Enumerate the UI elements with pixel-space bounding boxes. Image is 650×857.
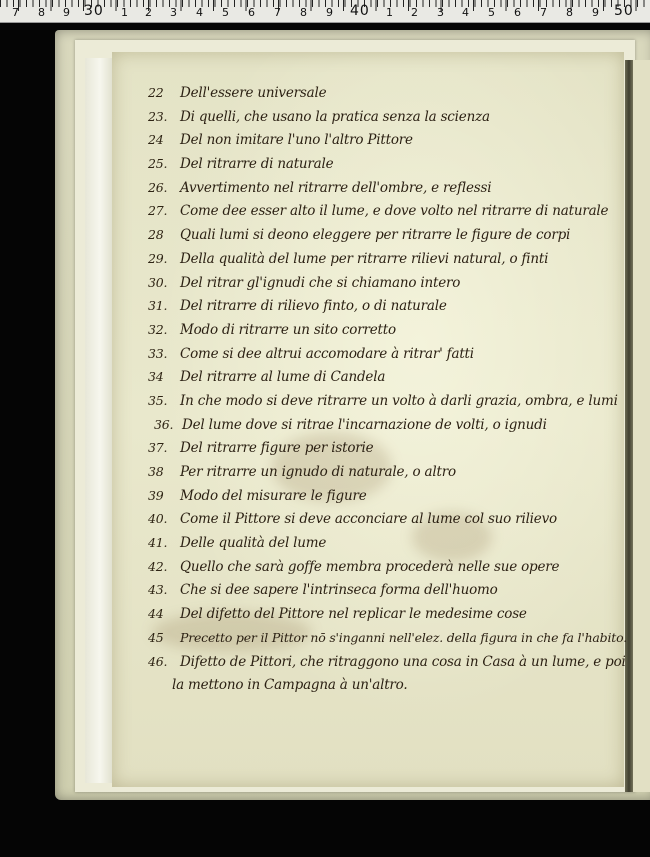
toc-entry: 37.Del ritrarre figure per istorie xyxy=(148,440,628,464)
entry-text: Dell'essere universale xyxy=(180,85,326,101)
ruler-label: 4 xyxy=(196,7,203,19)
entry-text: la mettono in Campagna à un'altro. xyxy=(172,677,407,693)
entry-number: 22 xyxy=(148,85,180,100)
ruler-label: 7 xyxy=(12,7,19,19)
entry-number: 28 xyxy=(148,227,180,242)
toc-entry: 27.Come dee esser alto il lume, e dove v… xyxy=(148,203,628,227)
toc-entry: 28Quali lumi si deono eleggere per ritra… xyxy=(148,227,628,251)
entry-number: 46. xyxy=(148,654,180,669)
ruler-label: 8 xyxy=(300,7,307,19)
toc-entry: 44Del difetto del Pittore nel replicar l… xyxy=(148,606,628,630)
entry-number: 41. xyxy=(148,535,180,550)
entry-text: Modo di ritrarre un sito corretto xyxy=(180,322,396,338)
ruler-label: 6 xyxy=(248,7,255,19)
entry-text: Modo del misurare le figure xyxy=(180,488,367,504)
toc-entry: 38Per ritrarre un ignudo di naturale, o … xyxy=(148,464,628,488)
entry-text: Avvertimento nel ritrarre dell'ombre, e … xyxy=(180,180,491,196)
ruler-label: 30 xyxy=(84,5,104,17)
entry-text: Per ritrarre un ignudo di naturale, o al… xyxy=(180,464,456,480)
toc-entry: 40.Come il Pittore si deve acconciare al… xyxy=(148,511,628,535)
entry-number: 27. xyxy=(148,203,180,218)
entry-text: Del ritrarre al lume di Candela xyxy=(180,369,385,385)
entry-number: 44 xyxy=(148,606,180,621)
entry-number: 45 xyxy=(148,630,180,645)
entry-text: Del ritrar gl'ignudi che si chiamano int… xyxy=(180,275,460,291)
toc-entry: 32.Modo di ritrarre un sito corretto xyxy=(148,322,628,346)
ruler-label: 8 xyxy=(566,7,573,19)
toc-entry: 33.Come si dee altrui accomodare à ritra… xyxy=(148,346,628,370)
ruler-label: 3 xyxy=(170,7,177,19)
entry-text: Del non imitare l'uno l'altro Pittore xyxy=(180,132,413,148)
entry-text: Precetto per il Pittor nō s'inganni nell… xyxy=(180,630,627,645)
entry-number: 36. xyxy=(148,417,182,432)
entry-text: Della qualità del lume per ritrarre rili… xyxy=(180,251,548,267)
toc-entry: 42.Quello che sarà goffe membra proceder… xyxy=(148,559,628,583)
ruler-label: 7 xyxy=(274,7,281,19)
entry-number: 25. xyxy=(148,156,180,171)
ruler-label: 6 xyxy=(514,7,521,19)
toc-entry: 22Dell'essere universale xyxy=(148,85,628,109)
toc-entry: 41.Delle qualità del lume xyxy=(148,535,628,559)
toc-entry: 45Precetto per il Pittor nō s'inganni ne… xyxy=(148,630,628,654)
ruler-label: 4 xyxy=(462,7,469,19)
entry-number: 30. xyxy=(148,275,180,290)
entry-number: 26. xyxy=(148,180,180,195)
ruler-label: 2 xyxy=(145,7,152,19)
entry-number: 43. xyxy=(148,582,180,597)
entry-text: Come dee esser alto il lume, e dove volt… xyxy=(180,203,608,219)
ruler-label: 9 xyxy=(326,7,333,19)
entry-text: Difetto de Pittori, che ritraggono una c… xyxy=(180,654,626,670)
entry-text: Che si dee sapere l'intrinseca forma del… xyxy=(180,582,498,598)
toc-entry: 31.Del ritrarre di rilievo finto, o di n… xyxy=(148,298,628,322)
entry-number: 33. xyxy=(148,346,180,361)
toc-entry-continuation: la mettono in Campagna à un'altro. xyxy=(148,677,628,701)
entry-text: Del ritrarre di naturale xyxy=(180,156,333,172)
toc-entry: 25.Del ritrarre di naturale xyxy=(148,156,628,180)
entry-text: Come si dee altrui accomodare à ritrar' … xyxy=(180,346,474,362)
toc-entry: 35.In che modo si deve ritrarre un volto… xyxy=(148,393,628,417)
entry-number: 37. xyxy=(148,440,180,455)
ruler-label: 7 xyxy=(540,7,547,19)
toc-entry: 46.Difetto de Pittori, che ritraggono un… xyxy=(148,654,628,678)
entry-text: Del difetto del Pittore nel replicar le … xyxy=(180,606,527,622)
toc-entry: 29.Della qualità del lume per ritrarre r… xyxy=(148,251,628,275)
entry-text: Come il Pittore si deve acconciare al lu… xyxy=(180,511,557,527)
entry-text: Del ritrarre figure per istorie xyxy=(180,440,373,456)
ruler-label: 5 xyxy=(222,7,229,19)
toc-entry: 34Del ritrarre al lume di Candela xyxy=(148,369,628,393)
measurement-ruler: 7 8 9 30 1 2 3 4 5 6 7 8 9 40 1 2 3 4 5 … xyxy=(0,0,650,23)
facing-page-edge xyxy=(633,60,650,792)
ruler-label: 2 xyxy=(411,7,418,19)
entry-text: In che modo si deve ritrarre un volto à … xyxy=(180,393,618,409)
toc-entry: 24Del non imitare l'uno l'altro Pittore xyxy=(148,132,628,156)
paper-edge-strip xyxy=(85,58,115,783)
entry-text: Di quelli, che usano la pratica senza la… xyxy=(180,109,490,125)
entry-number: 39 xyxy=(148,488,180,503)
entry-text: Quali lumi si deono eleggere per ritrarr… xyxy=(180,227,570,243)
ruler-label: 9 xyxy=(63,7,70,19)
entry-number: 35. xyxy=(148,393,180,408)
entry-text: Del ritrarre di rilievo finto, o di natu… xyxy=(180,298,447,314)
toc-entry: 43.Che si dee sapere l'intrinseca forma … xyxy=(148,582,628,606)
ruler-label: 1 xyxy=(121,7,128,19)
ruler-label: 3 xyxy=(437,7,444,19)
ruler-label: 5 xyxy=(488,7,495,19)
toc-entry: 23.Di quelli, che usano la pratica senza… xyxy=(148,109,628,133)
toc-entry: 36.Del lume dove si ritrae l'incarnazion… xyxy=(148,417,628,441)
ruler-label: 1 xyxy=(386,7,393,19)
entry-number: 42. xyxy=(148,559,180,574)
entry-text: Del lume dove si ritrae l'incarnazione d… xyxy=(182,417,547,433)
toc-entry: 30.Del ritrar gl'ignudi che si chiamano … xyxy=(148,275,628,299)
ruler-label: 40 xyxy=(350,5,370,17)
entry-number: 29. xyxy=(148,251,180,266)
toc-entry: 26.Avvertimento nel ritrarre dell'ombre,… xyxy=(148,180,628,204)
ruler-label: 50 xyxy=(614,5,634,17)
entry-text: Delle qualità del lume xyxy=(180,535,326,551)
entry-number: 23. xyxy=(148,109,180,124)
entry-number: 38 xyxy=(148,464,180,479)
entry-number: 32. xyxy=(148,322,180,337)
ruler-label: 8 xyxy=(38,7,45,19)
toc-entry: 39Modo del misurare le figure xyxy=(148,488,628,512)
entry-number: 31. xyxy=(148,298,180,313)
entry-number: 24 xyxy=(148,132,180,147)
entry-number: 40. xyxy=(148,511,180,526)
entry-text: Quello che sarà goffe membra procederà n… xyxy=(180,559,559,575)
table-of-contents: 22Dell'essere universale 23.Di quelli, c… xyxy=(148,85,628,701)
entry-number: 34 xyxy=(148,369,180,384)
ruler-label: 9 xyxy=(592,7,599,19)
